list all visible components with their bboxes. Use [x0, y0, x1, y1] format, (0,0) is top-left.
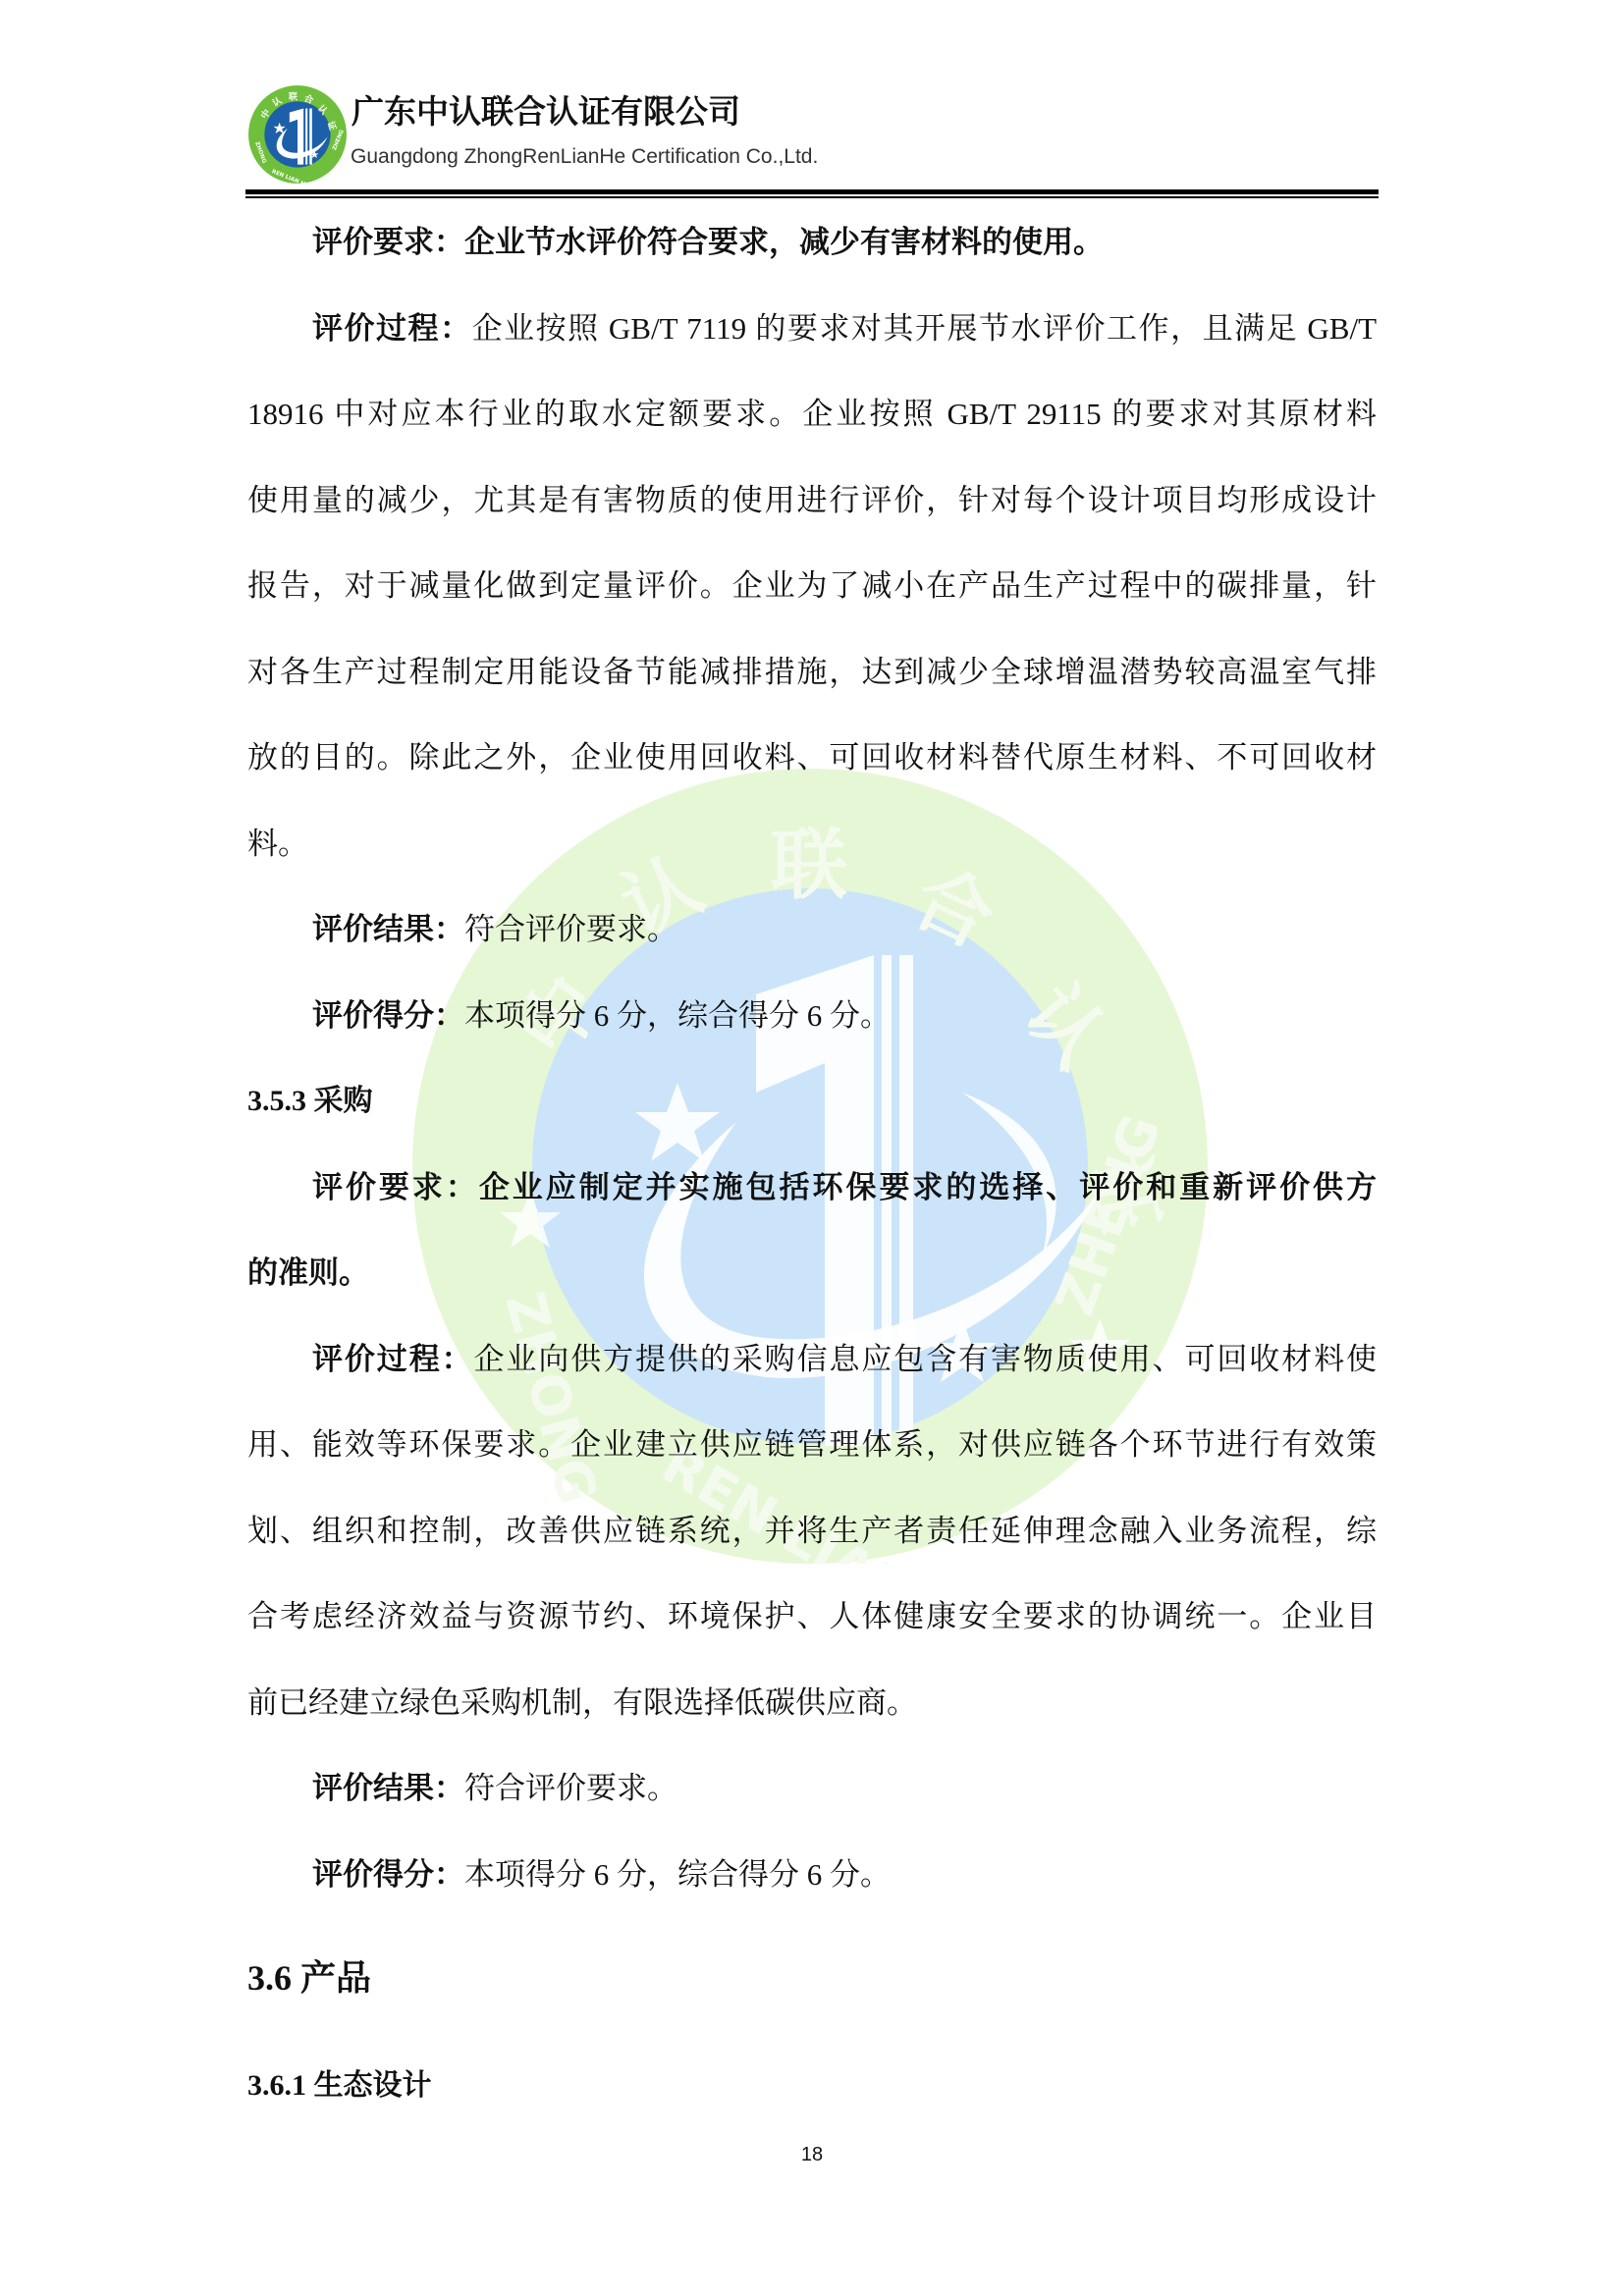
heading-3-5-3: 3.5.3 采购	[247, 1080, 373, 1123]
requirement-text: 企业节水评价符合要求，减少有害材料的使用。	[464, 225, 1104, 259]
score-text: 本项得分 6 分，综合得分 6 分。	[464, 1857, 891, 1892]
process-line: 评价过程：企业按照 GB/T 7119 的要求对其开展节水评价工作，且满足 GB…	[312, 307, 1377, 350]
requirement-label: 评价要求：	[312, 1170, 479, 1204]
process-line: 放的目的。除此之外，企业使用回收料、可回收材料替代原生材料、不可回收材	[247, 736, 1377, 779]
requirement-paragraph: 评价要求：企业节水评价符合要求，减少有害材料的使用。	[312, 221, 1377, 264]
process-line: 料。	[247, 823, 1377, 866]
company-name-cn: 广东中认联合认证有限公司	[352, 86, 740, 133]
heading-3-6-1: 3.6.1 生态设计	[247, 2064, 432, 2108]
process-line: 划、组织和控制，改善供应链系统，并将生产者责任延伸理念融入业务流程，综	[247, 1510, 1377, 1553]
result-text: 符合评价要求。	[464, 912, 677, 946]
process-line: 使用量的减少，尤其是有害物质的使用进行评价，针对每个设计项目均形成设计	[247, 479, 1377, 522]
requirement-label: 评价要求：	[312, 225, 464, 259]
process-line: 用、能效等环保要求。企业建立供应链管理体系，对供应链各个环节进行有效策	[247, 1423, 1377, 1467]
header-rule-thin	[245, 196, 1379, 198]
process-line: 评价过程：企业向供方提供的采购信息应包含有害物质使用、可回收材料使	[312, 1338, 1377, 1381]
page-number: 18	[0, 2144, 1624, 2166]
result-label: 评价结果：	[312, 1771, 464, 1805]
process-label: 评价过程：	[312, 1342, 474, 1376]
result-paragraph: 评价结果：符合评价要求。	[312, 1767, 1377, 1810]
company-logo: 中 认 联 合 认 证 ZHONG REN LIAN HE REN ZHENG	[247, 84, 348, 185]
svg-text:联: 联	[289, 90, 298, 102]
company-name-en: Guangdong ZhongRenLianHe Certification C…	[351, 145, 818, 169]
requirement-paragraph: 评价要求：企业应制定并实施包括环保要求的选择、评价和重新评价供方	[312, 1166, 1377, 1209]
process-line: 报告，对于减量化做到定量评价。企业为了减小在产品生产过程中的碳排量，针	[247, 564, 1377, 608]
requirement-line: 的准则。	[247, 1252, 1377, 1295]
score-text: 本项得分 6 分，综合得分 6 分。	[464, 998, 891, 1033]
score-label: 评价得分：	[312, 1857, 464, 1892]
process-line: 18916 中对应本行业的取水定额要求。企业按照 GB/T 29115 的要求对…	[247, 393, 1377, 436]
process-line: 对各生产过程制定用能设备节能减排措施，达到减少全球增温潜势较高温室气排	[247, 651, 1377, 694]
score-label: 评价得分：	[312, 998, 464, 1033]
process-line: 合考虑经济效益与资源节约、环境保护、人体健康安全要求的协调统一。企业目	[247, 1595, 1377, 1638]
process-label: 评价过程：	[312, 311, 472, 346]
score-paragraph: 评价得分：本项得分 6 分，综合得分 6 分。	[312, 1853, 1377, 1896]
result-paragraph: 评价结果：符合评价要求。	[312, 908, 1377, 951]
header-rule-thick	[245, 189, 1379, 194]
heading-3-6: 3.6 产品	[247, 1956, 371, 2000]
result-text: 符合评价要求。	[464, 1771, 677, 1805]
score-paragraph: 评价得分：本项得分 6 分，综合得分 6 分。	[312, 994, 1377, 1038]
result-label: 评价结果：	[312, 912, 464, 946]
process-line: 前已经建立绿色采购机制，有限选择低碳供应商。	[247, 1682, 1377, 1725]
